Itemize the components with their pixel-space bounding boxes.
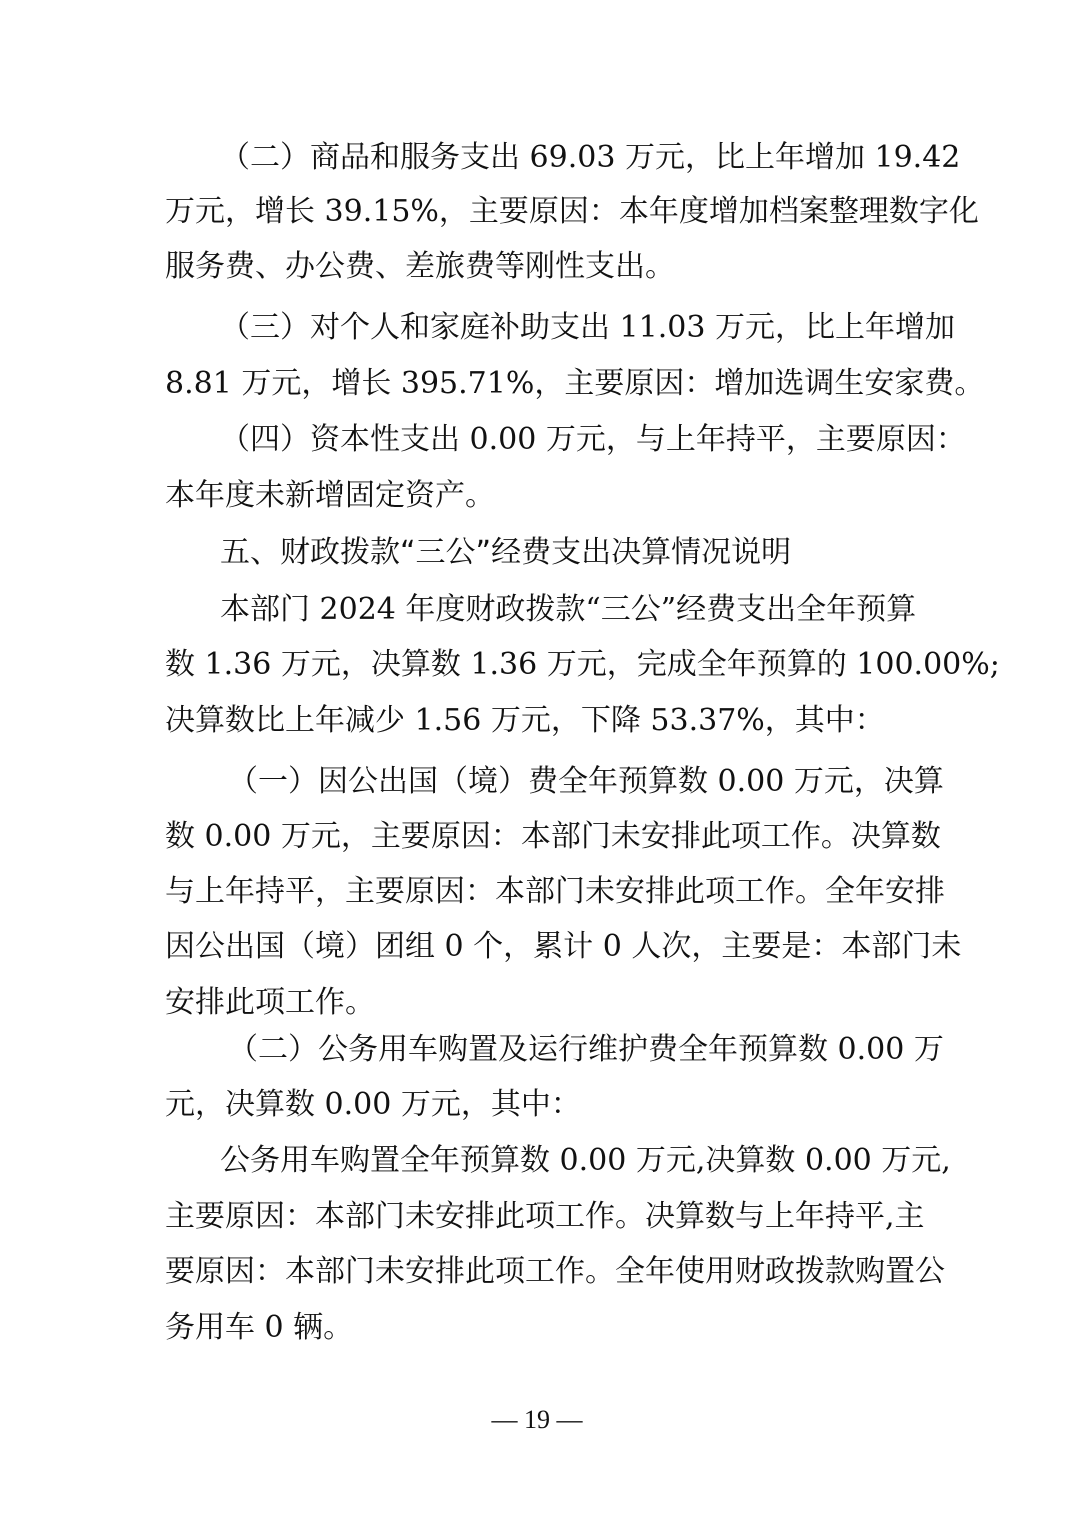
paragraph-vehicle-purchase-line-2: 主要原因：本部门未安排此项工作。决算数与上年持平,主 — [165, 1197, 913, 1237]
page-number: — 19 — — [0, 1405, 1074, 1435]
paragraph-overseas-line-4: 因公出国（境）团组 0 个，累计 0 人次，主要是：本部门未 — [165, 927, 913, 967]
paragraph-capital-line-1: （四）资本性支出 0.00 万元，与上年持平，主要原因： — [220, 420, 913, 460]
paragraph-goods-services-line-3: 服务费、办公费、差旅费等刚性支出。 — [165, 247, 913, 287]
paragraph-overseas-line-5: 安排此项工作。 — [165, 983, 913, 1023]
document-page: （二）商品和服务支出 69.03 万元，比上年增加 19.42 万元，增长 39… — [0, 0, 1074, 1520]
paragraph-vehicle-line-2: 元，决算数 0.00 万元，其中： — [165, 1085, 913, 1125]
paragraph-summary-line-3: 决算数比上年减少 1.56 万元，下降 53.37%，其中： — [165, 701, 913, 741]
paragraph-goods-services-line-1: （二）商品和服务支出 69.03 万元，比上年增加 19.42 — [220, 138, 913, 178]
paragraph-vehicle-purchase-line-3: 要原因：本部门未安排此项工作。全年使用财政拨款购置公 — [165, 1252, 913, 1292]
paragraph-goods-services-line-2: 万元，增长 39.15%，主要原因：本年度增加档案整理数字化 — [165, 192, 913, 232]
paragraph-summary-line-1: 本部门 2024 年度财政拨款“三公”经费支出全年预算 — [220, 590, 913, 630]
paragraph-personal-subsidy-line-2: 8.81 万元，增长 395.71%，主要原因：增加选调生安家费。 — [165, 364, 913, 404]
paragraph-vehicle-purchase-line-4: 务用车 0 辆。 — [165, 1308, 913, 1348]
paragraph-overseas-line-1: （一）因公出国（境）费全年预算数 0.00 万元，决算 — [228, 762, 913, 802]
paragraph-personal-subsidy-line-1: （三）对个人和家庭补助支出 11.03 万元，比上年增加 — [220, 308, 913, 348]
paragraph-overseas-line-2: 数 0.00 万元，主要原因：本部门未安排此项工作。决算数 — [165, 817, 913, 857]
section-heading: 五、财政拨款“三公”经费支出决算情况说明 — [220, 533, 913, 573]
paragraph-overseas-line-3: 与上年持平，主要原因：本部门未安排此项工作。全年安排 — [165, 872, 913, 912]
paragraph-vehicle-line-1: （二）公务用车购置及运行维护费全年预算数 0.00 万 — [228, 1030, 913, 1070]
paragraph-vehicle-purchase-line-1: 公务用车购置全年预算数 0.00 万元,决算数 0.00 万元, — [220, 1141, 913, 1181]
paragraph-capital-line-2: 本年度未新增固定资产。 — [165, 476, 913, 516]
paragraph-summary-line-2: 数 1.36 万元，决算数 1.36 万元，完成全年预算的 100.00%; — [165, 645, 913, 685]
